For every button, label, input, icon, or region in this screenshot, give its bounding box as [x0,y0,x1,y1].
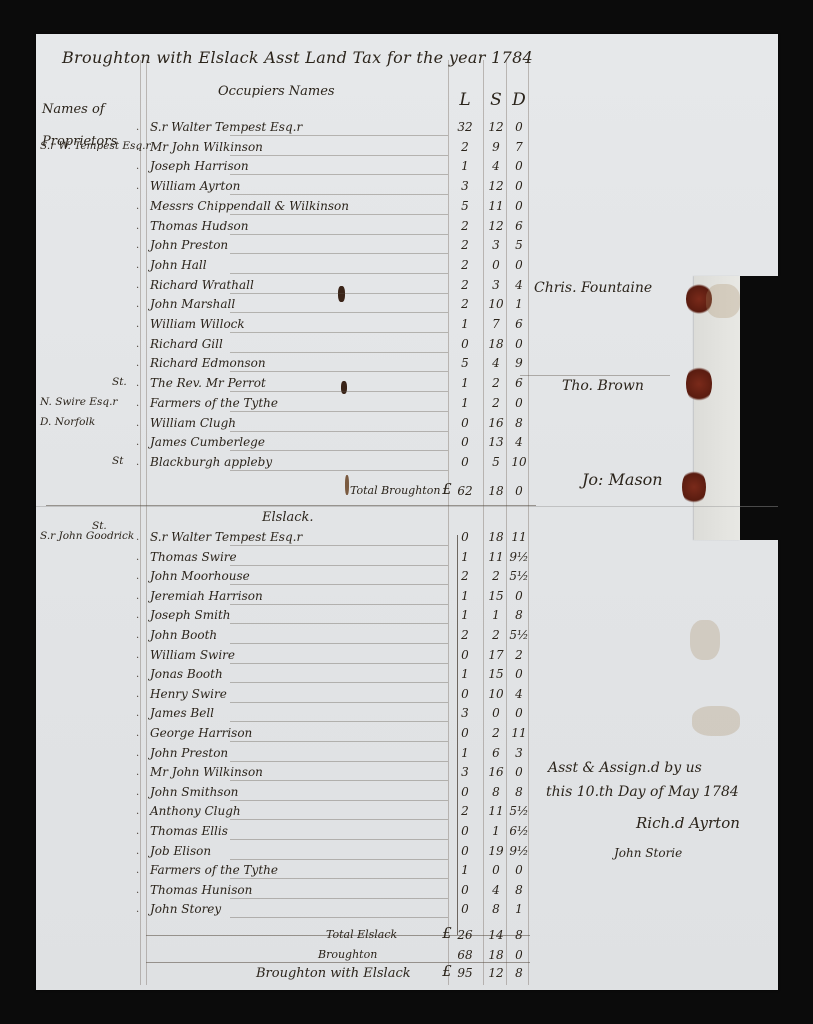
amount-l: 2 [452,297,478,311]
amount-s: 11 [484,550,508,564]
amount-s: 4 [484,883,508,897]
ditto-mark: . [136,339,139,350]
amount-s: 16 [484,765,508,779]
occupier-name: William Clugh [150,416,236,430]
amount-s: 3 [484,278,508,292]
occupier-name: John Smithson [150,785,238,799]
shillings-header: S [484,90,508,110]
amount-l: 0 [452,726,478,740]
occupier-name: William Swire [150,648,235,662]
ditto-mark: . [136,221,139,232]
grand-total-label: Broughton with Elslack [256,966,411,981]
amount-d: 6½ [508,824,530,838]
amount-l: 0 [452,902,478,916]
elslack-total-l: 26 [452,928,478,942]
amount-d: 8 [508,785,530,799]
broughton-total-d: 0 [508,484,530,498]
stain [692,706,740,736]
rule-horizontal [230,352,448,353]
proprietor-note: St [112,455,123,467]
wax-seal [686,364,712,404]
amount-l: 2 [452,238,478,252]
amount-l: 0 [452,785,478,799]
occupier-name: Joseph Smith [150,608,231,622]
rule-horizontal [230,155,448,156]
rule-vertical [140,60,141,985]
amount-l: 2 [452,258,478,272]
occupier-name: Henry Swire [150,687,227,701]
amount-l: 1 [452,550,478,564]
rule-horizontal [230,839,448,840]
amount-l: 3 [452,706,478,720]
broughton-total-s: 18 [484,484,508,498]
pounds-header: L [452,90,478,110]
amount-l: 0 [452,883,478,897]
elslack-total-label: Total Elslack [326,928,397,941]
amount-l: 0 [452,530,478,544]
rule-horizontal [230,431,448,432]
amount-s: 18 [484,337,508,351]
rule-horizontal [230,470,448,471]
broughton-carried-label: Broughton [318,948,377,961]
rule-horizontal [230,253,448,254]
amount-d: 8 [508,416,530,430]
ditto-mark: . [136,299,139,310]
occupier-name: S.r Walter Tempest Esq.r [150,530,302,544]
amount-d: 4 [508,435,530,449]
amount-s: 8 [484,902,508,916]
amount-d: 0 [508,159,530,173]
rule-horizontal [230,682,448,683]
rule-horizontal [230,234,448,235]
amount-d: 5½ [508,804,530,818]
amount-s: 12 [484,219,508,233]
rule-horizontal [230,623,448,624]
amount-s: 7 [484,317,508,331]
ditto-mark: . [136,571,139,582]
amount-s: 9 [484,140,508,154]
amount-d: 0 [508,863,530,877]
amount-d: 11 [508,530,530,544]
rule-horizontal [230,273,448,274]
rule-horizontal [230,859,448,860]
amount-l: 1 [452,608,478,622]
amount-d: 2 [508,648,530,662]
ink-blot [345,475,349,495]
amount-l: 1 [452,589,478,603]
amount-l: 32 [452,120,478,134]
proprietor-note: N. Swire Esq.r [40,396,117,408]
amount-d: 1 [508,902,530,916]
ditto-mark: . [136,846,139,857]
occupier-name: John Hall [150,258,207,272]
ink-blot [338,286,345,302]
amount-d: 4 [508,687,530,701]
occupier-name: John Preston [150,238,228,252]
amount-l: 0 [452,337,478,351]
ditto-mark: . [136,885,139,896]
amount-s: 12 [484,120,508,134]
ditto-mark: . [136,201,139,212]
occupier-name: Richard Gill [150,337,223,351]
amount-d: 6 [508,317,530,331]
amount-d: 9 [508,356,530,370]
proprietor-note: S.r W. Tempest Esq.r [40,140,151,152]
ditto-mark: . [136,826,139,837]
ditto-mark: . [136,748,139,759]
ditto-mark: . [136,260,139,271]
ditto-mark: . [136,358,139,369]
occupier-name: Anthony Clugh [150,804,241,818]
ditto-mark: . [136,728,139,739]
fold-line [36,506,778,507]
amount-s: 16 [484,416,508,430]
amount-l: 1 [452,159,478,173]
rule-vertical [448,60,449,985]
ditto-mark: . [136,767,139,778]
occupier-name: Blackburgh appleby [150,455,272,469]
amount-l: 5 [452,356,478,370]
rule-horizontal [230,332,448,333]
amount-l: 0 [452,455,478,469]
rule-horizontal [230,545,448,546]
rule-horizontal [230,391,448,392]
amount-s: 12 [484,179,508,193]
rule-horizontal [146,962,530,963]
rule-horizontal [230,800,448,801]
amount-s: 3 [484,238,508,252]
elslack-total-s: 14 [484,928,508,942]
ditto-mark: . [136,708,139,719]
amount-l: 0 [452,687,478,701]
proprietor-note: St. [112,376,127,388]
amount-l: 1 [452,376,478,390]
amount-l: 0 [452,648,478,662]
pence-header: D [508,90,530,110]
amount-d: 11 [508,726,530,740]
occupier-name: Thomas Swire [150,550,237,564]
rule-vertical [146,60,147,985]
amount-d: 9½ [508,550,530,564]
rule-horizontal [230,741,448,742]
amount-s: 0 [484,258,508,272]
amount-l: 2 [452,628,478,642]
amount-d: 5½ [508,569,530,583]
amount-s: 13 [484,435,508,449]
occupier-name: John Storey [150,902,221,916]
amount-d: 7 [508,140,530,154]
rule-horizontal [230,761,448,762]
amount-s: 4 [484,356,508,370]
ditto-mark: . [136,122,139,133]
ditto-mark: . [136,161,139,172]
ditto-mark: . [136,378,139,389]
amount-l: 2 [452,219,478,233]
rule-horizontal [230,214,448,215]
ditto-mark: . [136,437,139,448]
amount-l: 5 [452,199,478,213]
amount-s: 2 [484,376,508,390]
rule-horizontal [230,312,448,313]
occupier-name: S.r Walter Tempest Esq.r [150,120,302,134]
occupier-name: Job Elison [150,844,211,858]
occupier-name: John Booth [150,628,217,642]
attestation-line1: Asst & Assign.d by us [548,760,702,776]
occupier-name: Thomas Hunison [150,883,252,897]
grand-total-d: 8 [508,966,530,980]
amount-d: 0 [508,179,530,193]
grand-total-s: 12 [484,966,508,980]
rule-horizontal [230,584,448,585]
occupier-name: Jonas Booth [150,667,223,681]
occupier-name: Thomas Hudson [150,219,248,233]
ditto-mark: . [136,398,139,409]
occupier-name: John Moorhouse [150,569,250,583]
occupier-name: Joseph Harrison [150,159,249,173]
amount-s: 1 [484,824,508,838]
signer-ayrton: Rich.d Ayrton [636,814,740,832]
ditto-mark: . [136,457,139,468]
amount-l: 2 [452,278,478,292]
amount-s: 19 [484,844,508,858]
grand-total-l: 95 [452,966,478,980]
amount-d: 4 [508,278,530,292]
ditto-mark: . [136,806,139,817]
amount-d: 0 [508,120,530,134]
amount-l: 1 [452,863,478,877]
rule-horizontal [230,917,448,918]
amount-s: 2 [484,569,508,583]
ditto-mark: . [136,610,139,621]
amount-s: 0 [484,863,508,877]
signature-fountaine: Chris. Fountaine [534,280,652,296]
rule-horizontal [230,898,448,899]
amount-d: 0 [508,199,530,213]
rule-horizontal [230,174,448,175]
rule-horizontal [230,194,448,195]
rule-horizontal [230,643,448,644]
amount-s: 17 [484,648,508,662]
ditto-mark: . [136,904,139,915]
amount-l: 3 [452,765,478,779]
occupier-name: Farmers of the Tythe [150,863,278,877]
ditto-mark: . [136,787,139,798]
occupier-name: The Rev. Mr Perrot [150,376,266,390]
amount-s: 8 [484,785,508,799]
elslack-total-d: 8 [508,928,530,942]
amount-s: 1 [484,608,508,622]
ditto-mark: . [136,650,139,661]
amount-l: 2 [452,140,478,154]
amount-l: 1 [452,746,478,760]
amount-d: 10 [508,455,530,469]
signer-storie: John Storie [614,846,682,860]
occupier-name: John Marshall [150,297,235,311]
amount-l: 0 [452,844,478,858]
rule-horizontal [230,819,448,820]
document-title: Broughton with Elslack Asst Land Tax for… [62,48,533,67]
amount-l: 1 [452,396,478,410]
rule-horizontal [230,450,448,451]
ditto-mark: . [136,280,139,291]
amount-s: 2 [484,396,508,410]
rule-horizontal [230,293,448,294]
rule-horizontal [520,375,670,376]
amount-d: 6 [508,376,530,390]
amount-s: 5 [484,455,508,469]
amount-l: 0 [452,824,478,838]
rule-horizontal [230,780,448,781]
rule-horizontal [230,135,448,136]
amount-d: 0 [508,765,530,779]
rule-horizontal [230,411,448,412]
rule-horizontal [46,505,536,506]
occupier-name: James Bell [150,706,214,720]
ditto-mark: . [136,240,139,251]
rule-horizontal [230,878,448,879]
occupier-name: Richard Wrathall [150,278,254,292]
ditto-mark: . [136,689,139,700]
amount-d: 0 [508,667,530,681]
amount-s: 11 [484,804,508,818]
occupier-name: Jeremiah Harrison [150,589,263,603]
amount-s: 15 [484,667,508,681]
amount-d: 8 [508,883,530,897]
rule-horizontal [230,721,448,722]
amount-d: 0 [508,589,530,603]
occupier-name: William Ayrton [150,179,240,193]
attestation-line2: this 10.th Day of May 1784 [546,784,739,800]
amount-l: 2 [452,569,478,583]
ditto-mark: . [136,532,139,543]
proprietor-note: D. Norfolk [40,416,95,428]
occupier-name: Thomas Ellis [150,824,228,838]
amount-l: 0 [452,435,478,449]
amount-s: 2 [484,628,508,642]
amount-d: 9½ [508,844,530,858]
broughton-carried-l: 68 [452,948,478,962]
amount-d: 3 [508,746,530,760]
signature-mason: Jo: Mason [582,470,663,489]
amount-d: 8 [508,608,530,622]
page-edge-cutout [740,276,813,540]
amount-s: 15 [484,589,508,603]
broughton-total-l: 62 [452,484,478,498]
occupier-name: James Cumberlege [150,435,265,449]
rule-horizontal [230,663,448,664]
amount-s: 0 [484,706,508,720]
amount-d: 5 [508,238,530,252]
amount-s: 4 [484,159,508,173]
broughton-carried-s: 18 [484,948,508,962]
occupier-name: Messrs Chippendall & Wilkinson [150,199,349,213]
amount-d: 0 [508,258,530,272]
amount-l: 0 [452,416,478,430]
rule-horizontal [230,565,448,566]
rule-horizontal [230,702,448,703]
broughton-total-label: Total Broughton [350,484,440,497]
ditto-mark: . [136,418,139,429]
stain [690,620,720,660]
amount-d: 5½ [508,628,530,642]
occupier-name: Farmers of the Tythe [150,396,278,410]
ditto-mark: . [136,319,139,330]
occupier-name: Mr John Wilkinson [150,765,263,779]
amount-l: 1 [452,667,478,681]
amount-d: 1 [508,297,530,311]
signature-brown: Tho. Brown [562,378,644,394]
rule-horizontal [230,371,448,372]
amount-l: 1 [452,317,478,331]
ditto-mark: . [136,181,139,192]
occupier-name: Mr John Wilkinson [150,140,263,154]
amount-s: 10 [484,687,508,701]
amount-d: 0 [508,396,530,410]
rule-horizontal [230,604,448,605]
amount-l: 2 [452,804,478,818]
elslack-heading: Elslack. [262,510,314,525]
amount-s: 10 [484,297,508,311]
wax-seal [682,468,706,506]
occupier-name: William Willock [150,317,245,331]
amount-d: 6 [508,219,530,233]
amount-d: 0 [508,706,530,720]
ditto-mark: . [136,591,139,602]
amount-s: 2 [484,726,508,740]
amount-s: 18 [484,530,508,544]
occupier-name: John Preston [150,746,228,760]
ditto-mark: . [136,669,139,680]
occupiers-header: Occupiers Names [218,84,335,99]
occupier-name: Richard Edmonson [150,356,266,370]
occupier-name: George Harrison [150,726,252,740]
broughton-carried-d: 0 [508,948,530,962]
amount-l: 3 [452,179,478,193]
amount-s: 6 [484,746,508,760]
stain [706,284,740,318]
ditto-mark: . [136,630,139,641]
proprietor-note: S.r John Goodrick [40,530,134,542]
amount-s: 11 [484,199,508,213]
ditto-mark: . [136,865,139,876]
ditto-mark: . [136,552,139,563]
amount-d: 0 [508,337,530,351]
